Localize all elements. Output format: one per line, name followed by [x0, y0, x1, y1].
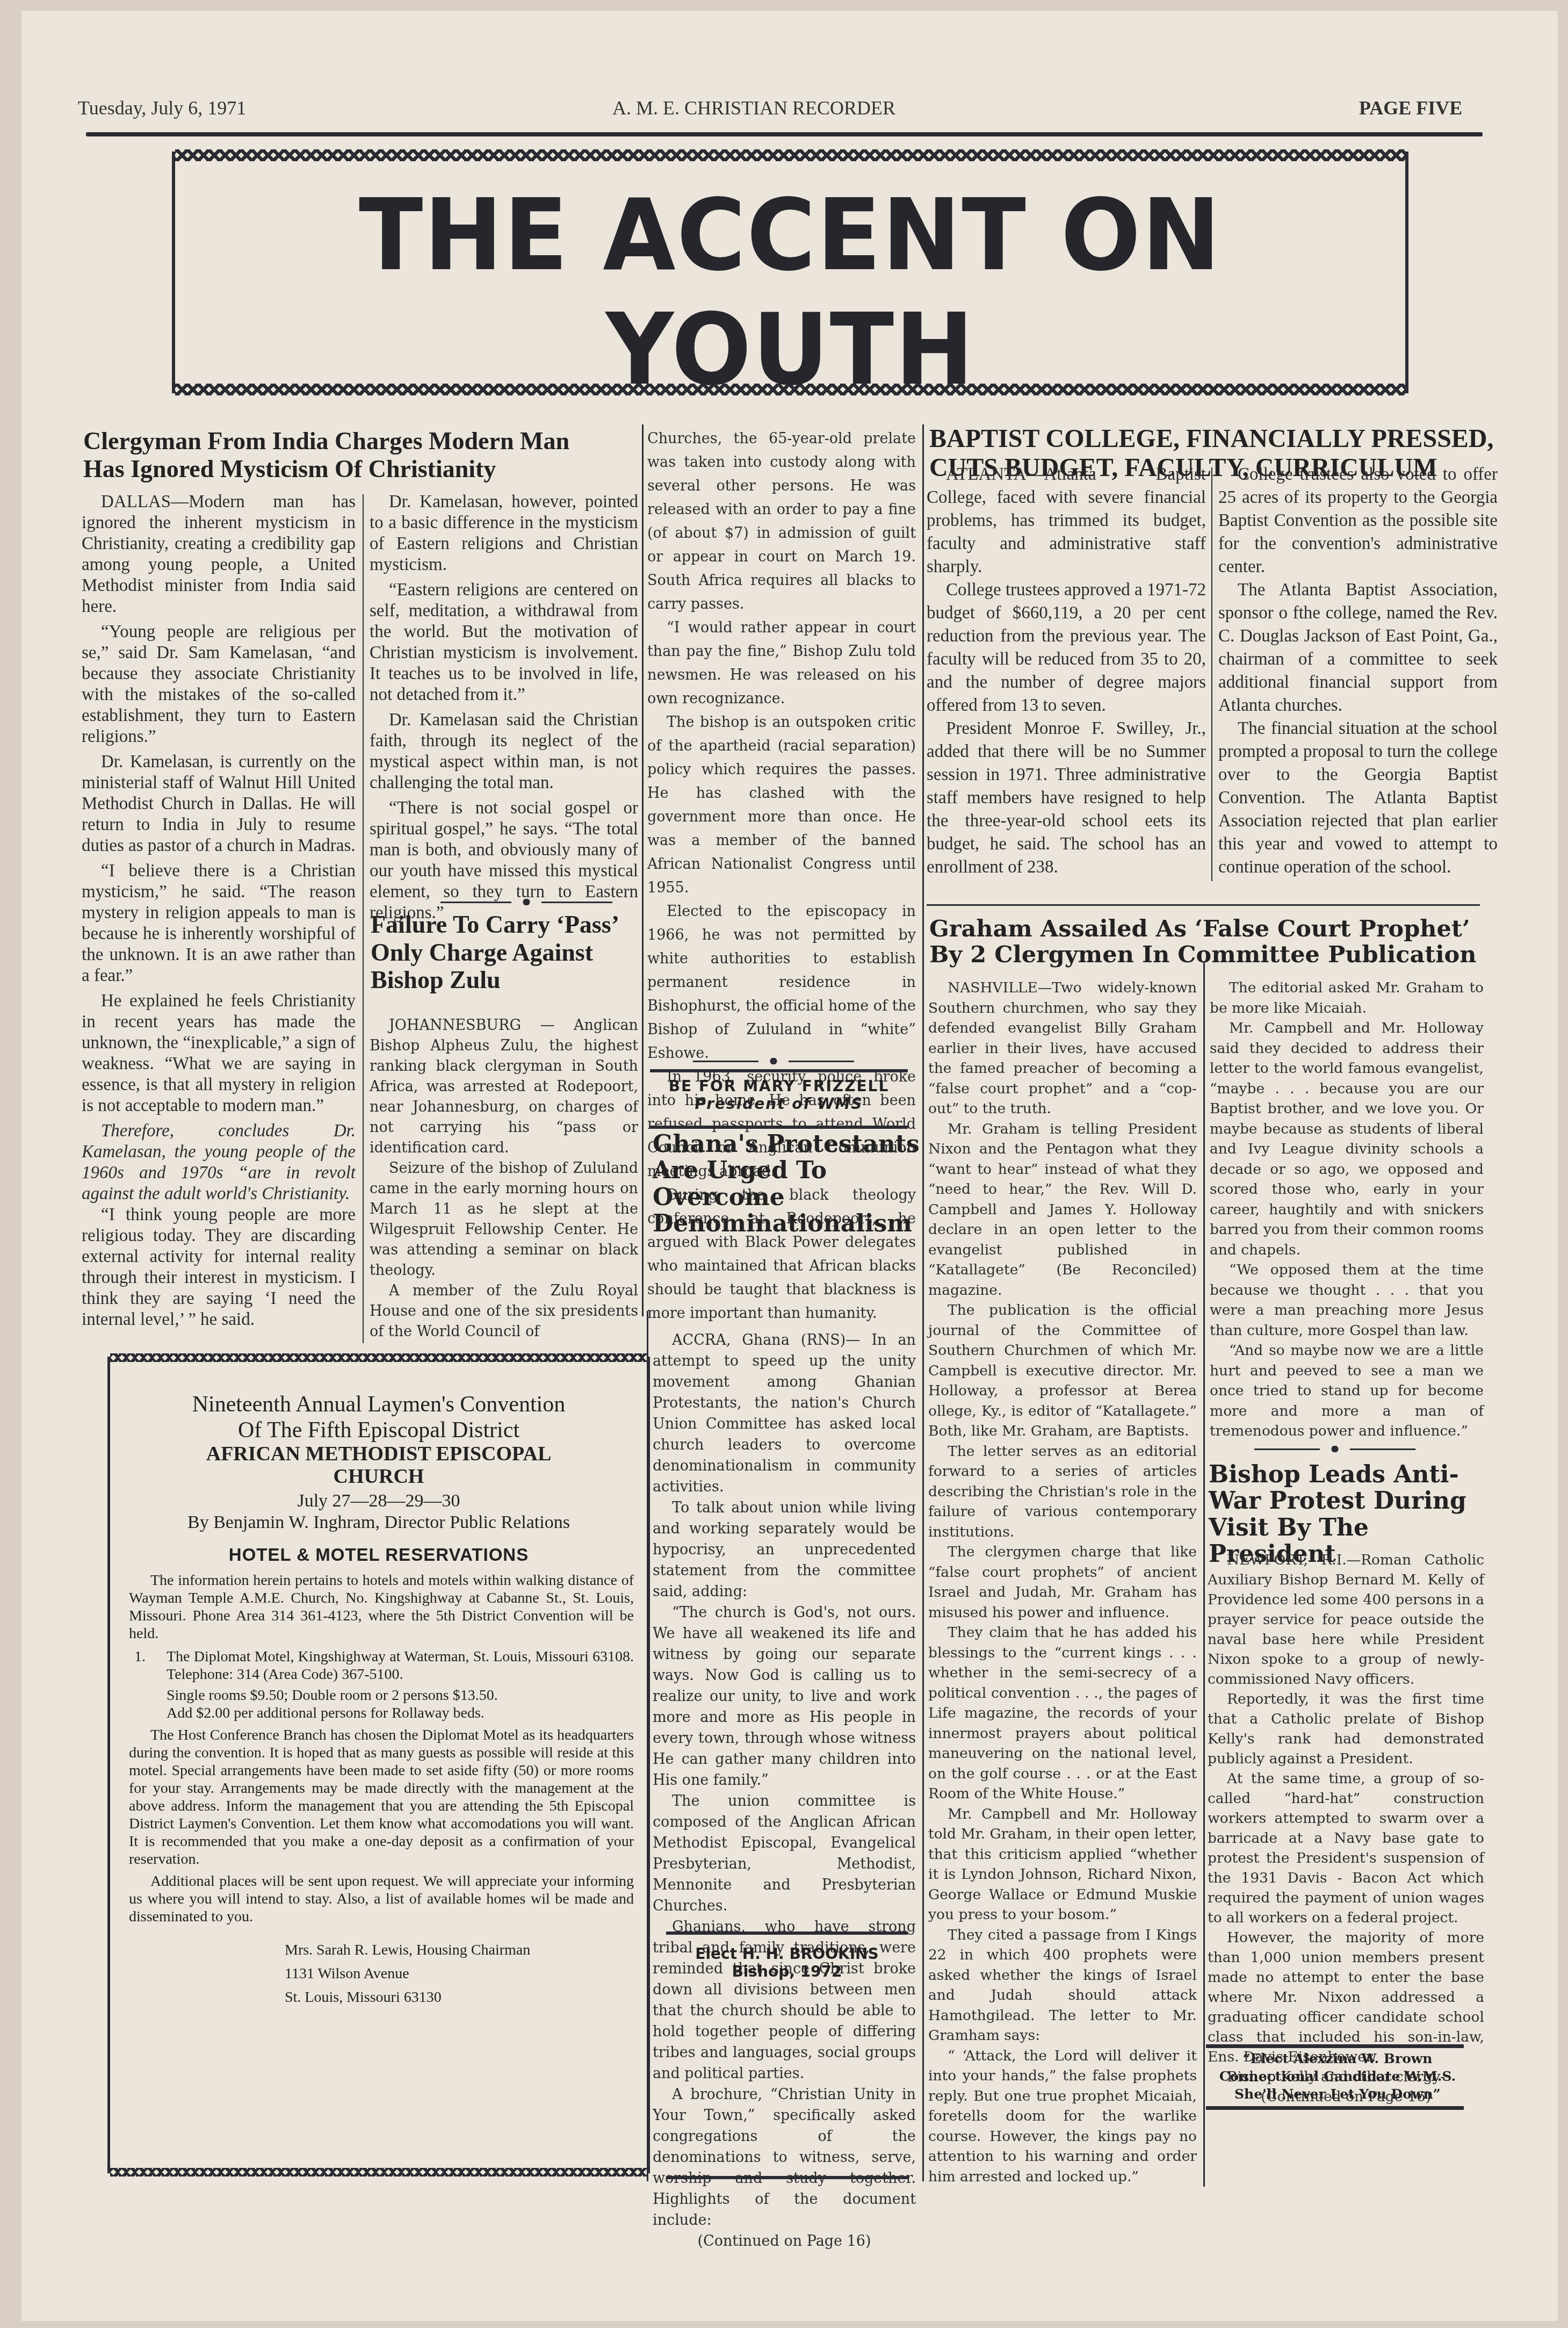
list-content: The Diplomat Motel, Kingshighway at Wate…: [167, 1648, 634, 1722]
banner-title: THE ACCENT ON YOUTH: [175, 178, 1405, 407]
ad-line: Elect H. H. BROOKINS: [666, 1945, 908, 1963]
paragraph: Mr. Campbell and Mr. Holloway told Mr. G…: [928, 1804, 1197, 1925]
paragraph: They cited a passage from I Kings 22 in …: [928, 1925, 1197, 2046]
paragraph: “I believe there is a Christian mysticis…: [82, 861, 356, 986]
convention-body: The information herein pertains to hotel…: [129, 1572, 634, 2009]
convention-byline: By Benjamin W. Inghram, Director Public …: [121, 1512, 637, 1533]
paragraph: The clergymen charge that like “false co…: [928, 1542, 1197, 1623]
wavy-border-bottom: [175, 384, 1405, 395]
paragraph: “I would rather appear in court than pay…: [647, 616, 916, 711]
publication-name: A. M. E. CHRISTIAN RECORDER: [612, 97, 895, 119]
paragraph: “ ‘Attack, the Lord will deliver it into…: [928, 2046, 1197, 2187]
wavy-border-top: [110, 1353, 647, 1362]
convention-dates: July 27—28—29—30: [121, 1491, 637, 1511]
paragraph: President Monroe F. Swilley, Jr., added …: [927, 717, 1206, 879]
paragraph: The union committee is composed of the A…: [653, 1791, 916, 1916]
paragraph: JOHANNESBURG — Anglican Bishop Alpheus Z…: [370, 1015, 638, 1158]
title-line: Of The Fifth Episcopal District: [121, 1417, 637, 1443]
article-body-baptist-col1: ATLANTA—Atlanta Baptist College, faced w…: [927, 463, 1206, 879]
article-body-ghana: ACCRA, Ghana (RNS)— In an attempt to spe…: [653, 1330, 916, 2252]
article-divider: [927, 904, 1480, 906]
issue-date: Tuesday, July 6, 1971: [78, 97, 246, 119]
article-headline-clergyman: Clergyman From India Charges Modern Man …: [83, 427, 637, 482]
paragraph: Reportedly, it was the first time that a…: [1208, 1689, 1484, 1769]
church-line: AFRICAN METHODIST EPISCOPAL: [121, 1443, 637, 1465]
headline-line: Clergyman From India Charges Modern Man: [83, 427, 637, 455]
ornament-divider: [440, 898, 612, 906]
paragraph: A member of the Zulu Royal House and one…: [370, 1281, 638, 1342]
ad-line: Bishop, 1972: [666, 1963, 908, 1980]
article-body-zulu-col-a: JOHANNESBURG — Anglican Bishop Alpheus Z…: [370, 1015, 638, 1342]
rollaway-rate: Add $2.00 per additional persons for Rol…: [167, 1704, 634, 1722]
title-line: Nineteenth Annual Laymen's Convention: [121, 1392, 637, 1417]
paragraph: Churches, the 65-year-old prelate was ta…: [647, 427, 916, 616]
article-headline-graham: Graham Assailed As ‘False Court Prophet’…: [929, 916, 1499, 968]
article-body-baptist-col2: College trustees also voted to offer 25 …: [1218, 463, 1498, 879]
paragraph: ATLANTA—Atlanta Baptist College, faced w…: [927, 463, 1206, 579]
ad-rule: [650, 1069, 908, 1072]
paragraph: He explained he feels Christianity in re…: [82, 991, 356, 1116]
paragraph: The information herein pertains to hotel…: [129, 1572, 634, 1642]
room-rates: Single rooms $9.50; Double room or 2 per…: [167, 1686, 634, 1704]
column-rule: [363, 494, 364, 1343]
ad-line: Connectional Candidate W.M.S.: [1203, 2067, 1472, 2085]
list-number: 1.: [129, 1648, 167, 1722]
paragraph: Additional places will be sent upon requ…: [129, 1872, 634, 1926]
paragraph: NEWPORT, R.I.—Roman Catholic Auxiliary B…: [1208, 1550, 1484, 1689]
paragraph: The bishop is an outspoken critic of the…: [647, 711, 916, 900]
article-headline-ghana: Ghana's Protestants Are Urged To Overcom…: [653, 1131, 921, 1237]
housing-contact: Mrs. Sarah R. Lewis, Housing Chairman 11…: [285, 1938, 634, 2009]
column-rule: [1211, 467, 1212, 881]
church-line: CHURCH: [121, 1465, 637, 1488]
section-banner: THE ACCENT ON YOUTH: [172, 152, 1408, 393]
ornament-divider: [1254, 1445, 1415, 1453]
ad-rule: [1206, 2044, 1464, 2048]
convention-title: Nineteenth Annual Laymen's Convention Of…: [121, 1392, 637, 1443]
column-rule: [642, 424, 644, 1316]
contact-street: 1131 Wilson Avenue: [285, 1962, 634, 1986]
ad-line: “Elect Alexzina W. Brown: [1203, 2050, 1472, 2067]
ad-rule: [666, 1931, 908, 1935]
article-headline-zulu: Failure To Carry ‘Pass’ Only Charge Agai…: [371, 911, 639, 994]
article-body-graham-col1: NASHVILLE—Two widely-known Southern chur…: [928, 978, 1197, 2187]
paragraph: “And so maybe now we are a little hurt a…: [1210, 1340, 1484, 1442]
paragraph: “Eastern religions are centered on self,…: [370, 580, 638, 705]
paragraph: Dr. Kamelasan, is currently on the minis…: [82, 752, 356, 856]
ad-line: She'll Never Let You Down”: [1203, 2085, 1472, 2103]
church-name: AFRICAN METHODIST EPISCOPAL CHURCH: [121, 1443, 637, 1488]
ad-rule: [666, 2176, 908, 2179]
paragraph: At the same time, a group of so-called “…: [1208, 1769, 1484, 1928]
wavy-border-top: [175, 149, 1405, 161]
motel-address: The Diplomat Motel, Kingshighway at Wate…: [167, 1648, 634, 1683]
paragraph: The financial situation at the school pr…: [1218, 717, 1498, 879]
paragraph: To talk about union while living and wor…: [653, 1497, 916, 1602]
convention-notice-box: Nineteenth Annual Laymen's Convention Of…: [107, 1357, 650, 2173]
paragraph: Mr. Campbell and Mr. Holloway said they …: [1210, 1018, 1484, 1260]
paragraph: Seizure of the bishop of Zululand came i…: [370, 1158, 638, 1281]
paragraph: “The church is God's, not ours. We have …: [653, 1602, 916, 1791]
reservations-heading: HOTEL & MOTEL RESERVATIONS: [121, 1545, 637, 1565]
paragraph: The Atlanta Baptist Association, sponsor…: [1218, 579, 1498, 717]
continued-notice: (Continued on Page 16): [653, 2231, 916, 2252]
wavy-border-bottom: [110, 2168, 647, 2176]
column-rule: [1203, 962, 1205, 2187]
contact-name: Mrs. Sarah R. Lewis, Housing Chairman: [285, 1938, 634, 1962]
paragraph: DALLAS—Modern man has ignored the inhere…: [82, 492, 356, 617]
paragraph: Elected to the episcopacy in 1966, he wa…: [647, 900, 916, 1065]
ad-rule: [650, 1126, 908, 1129]
paragraph-italic: Therefore, concludes Dr. Kamelasan, the …: [82, 1121, 356, 1205]
paragraph: Mr. Graham is telling President Nixon an…: [928, 1119, 1197, 1301]
ad-rule: [1206, 2106, 1464, 2110]
paragraph: Dr. Kamelasan said the Christian faith, …: [370, 710, 638, 794]
headline-line: Graham Assailed As ‘False Court Prophet’: [929, 916, 1499, 942]
headline-line: Has Ignored Mysticism Of Christianity: [83, 455, 637, 483]
paragraph: ACCRA, Ghana (RNS)— In an attempt to spe…: [653, 1330, 916, 1497]
paragraph: The Host Conference Branch has chosen th…: [129, 1726, 634, 1868]
header-rule: [86, 132, 1483, 136]
ad-brookins: Elect H. H. BROOKINS Bishop, 1972: [666, 1945, 908, 1980]
ad-line: President of WMS: [650, 1095, 908, 1113]
paragraph: The letter serves as an editorial forwar…: [928, 1442, 1197, 1543]
paragraph: Dr. Kamelasan, however, pointed to a bas…: [370, 492, 638, 575]
article-body-clergyman-col1: DALLAS—Modern man has ignored the inhere…: [82, 492, 356, 1330]
ornament-divider: [693, 1057, 854, 1065]
contact-city: St. Louis, Missouri 63130: [285, 1986, 634, 2009]
ad-brown: “Elect Alexzina W. Brown Connectional Ca…: [1203, 2050, 1472, 2103]
paragraph: They claim that he has added his blessin…: [928, 1623, 1197, 1804]
paragraph: College trustees approved a 1971-72 budg…: [927, 579, 1206, 717]
page-number: PAGE FIVE: [1359, 97, 1462, 119]
paragraph: College trustees also voted to offer 25 …: [1218, 463, 1498, 579]
motel-listing: 1. The Diplomat Motel, Kingshighway at W…: [129, 1648, 634, 1722]
paragraph: “I think young people are more religious…: [82, 1205, 356, 1330]
paragraph: A brochure, “Christian Unity in Your Tow…: [653, 2084, 916, 2231]
paragraph: The publication is the official journal …: [928, 1300, 1197, 1442]
article-body-antiwar: NEWPORT, R.I.—Roman Catholic Auxiliary B…: [1208, 1550, 1484, 2107]
headline-line: BAPTIST COLLEGE, FINANCIALLY PRESSED,: [929, 424, 1504, 453]
article-body-graham-col2: The editorial asked Mr. Graham to be mor…: [1210, 978, 1484, 1442]
paragraph: The editorial asked Mr. Graham to be mor…: [1210, 978, 1484, 1018]
column-rule: [922, 424, 924, 2181]
paragraph: NASHVILLE—Two widely-known Southern chur…: [928, 978, 1197, 1119]
paragraph: “Young people are religious per se,” sai…: [82, 622, 356, 747]
ad-line: BE FOR MARY FRIZZELL: [650, 1077, 908, 1095]
paragraph: Ghanians, who have strong tribal and fam…: [653, 1916, 916, 2084]
headline-line: By 2 Clergymen In Committee Publication: [929, 942, 1499, 968]
ad-frizzell: BE FOR MARY FRIZZELL President of WMS: [650, 1077, 908, 1113]
paragraph: “We opposed them at the time because we …: [1210, 1260, 1484, 1340]
article-body-clergyman-col2: Dr. Kamelasan, however, pointed to a bas…: [370, 492, 638, 928]
